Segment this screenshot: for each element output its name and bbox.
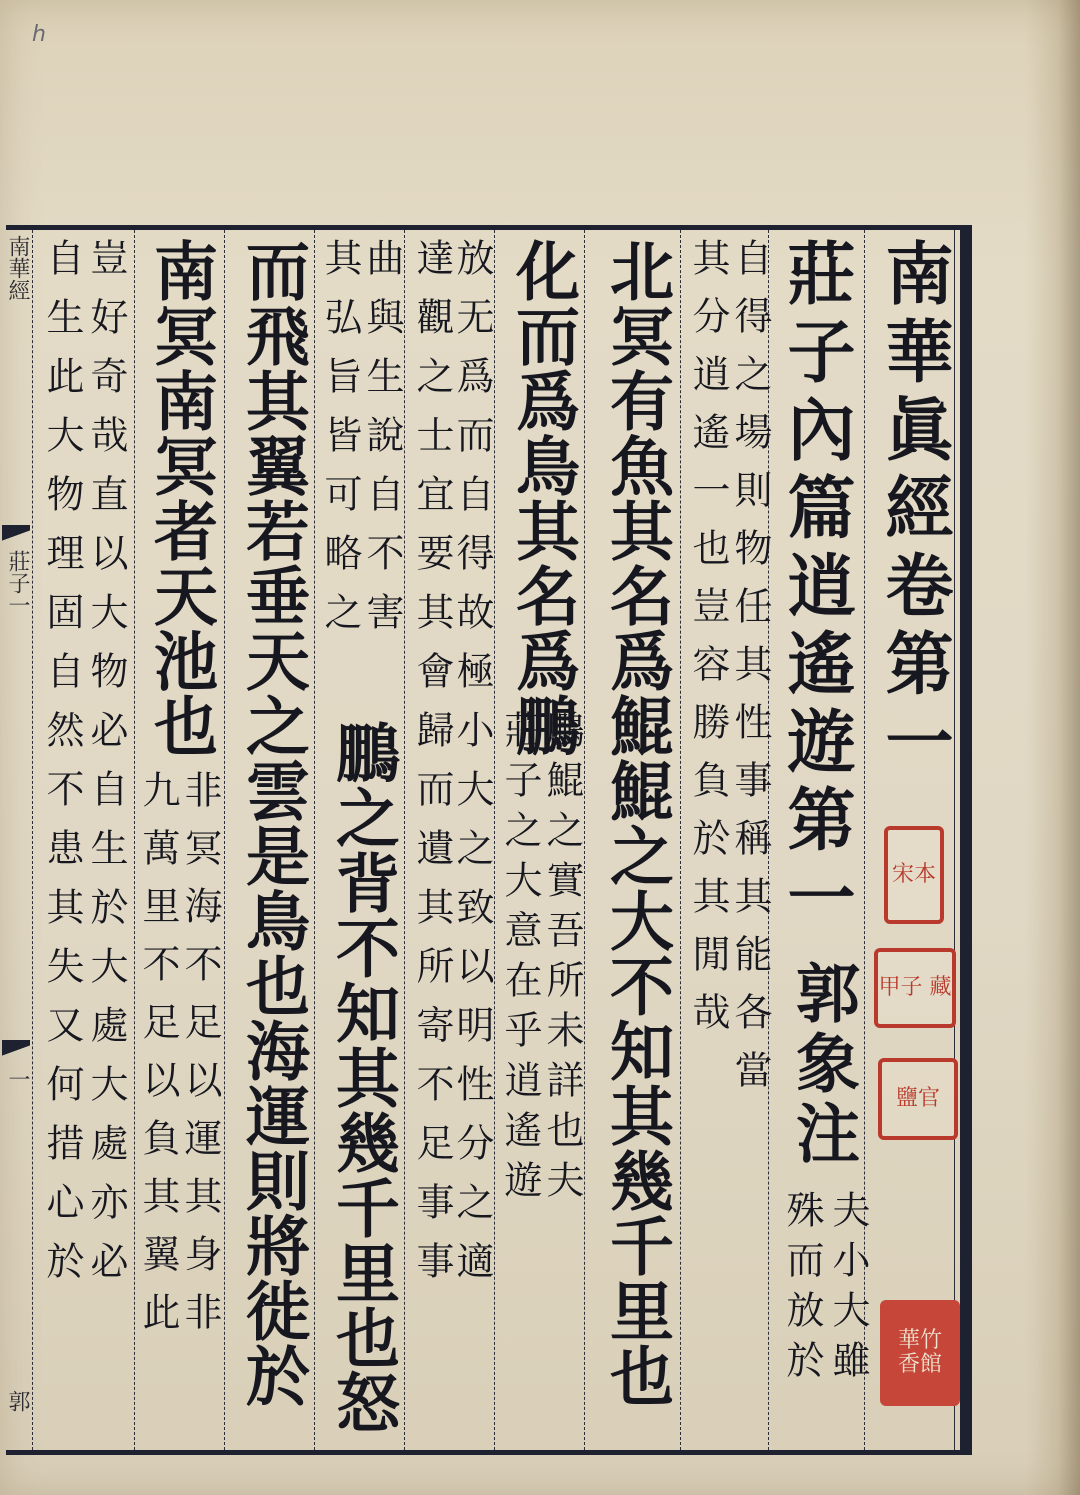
column-rule — [32, 230, 33, 1450]
chapter-title: 莊子內篇逍遙遊第一 — [776, 238, 856, 798]
seal-text: 華竹 香館 — [884, 1329, 956, 1377]
commentary-note: 鵬鯤之實吾所未詳也夫 — [540, 710, 584, 1440]
commentary-line: 自得之場則物任其性事稱其能各當 — [728, 238, 772, 1440]
commentary-note: 殊而放於 — [780, 1190, 824, 1440]
column-rule — [680, 230, 681, 1450]
collector-seal: 華竹 香館 — [880, 1300, 960, 1406]
commentary-note: 非冥海不足以運其身非 — [178, 770, 222, 1440]
collector-seal: 宋本 — [884, 826, 944, 924]
column-rule — [224, 230, 225, 1450]
column-rule — [404, 230, 405, 1450]
collector-seal: 甲子 藏 — [874, 948, 956, 1028]
collector-seal: 鹽官 — [878, 1058, 958, 1140]
commentary-line: 自生此大物理固自然不患其失又何措心於 — [40, 238, 84, 1440]
main-text-line: 而飛其翼若垂天之雲是鳥也海運則將徙於 — [232, 238, 312, 1440]
commentary-line: 放无爲而自得故極小大之致以明性分之適 — [450, 238, 494, 1440]
commentary-note: 九萬里不足以負其翼此 — [136, 770, 180, 1440]
column-rule — [314, 230, 315, 1450]
column-rule — [134, 230, 135, 1450]
column-rule — [954, 230, 955, 1450]
seal-text: 鹽官 — [896, 1087, 940, 1111]
commentary-note: 莊子之大意在乎逍遙遊 — [498, 710, 542, 1440]
commentary-line: 達觀之士宜要其會歸而遺其所寄不足事事 — [410, 238, 454, 1440]
commentary-line: 豈好奇哉直以大物必自生於大處大處亦必 — [84, 238, 128, 1440]
seal-text: 宋本 — [892, 863, 936, 887]
column-rule — [584, 230, 585, 1450]
printed-frame: 南華眞經卷第一 莊子內篇逍遙遊第一 郭象注 夫小大雖 殊而放於 自得之場則物任其… — [6, 225, 972, 1455]
commentary-note: 夫小大雖 — [826, 1190, 870, 1440]
main-text-line: 鵬之背不知其幾千里也怒 — [322, 720, 402, 1440]
main-text-line: 北冥有魚其名爲鯤鯤之大不知其幾千里也 — [596, 238, 676, 1440]
pencil-shelf-mark: h — [32, 22, 46, 47]
commentary-line: 其分逍遙一也豈容勝負於其閒哉 — [686, 238, 730, 1440]
book-page: h 南華經 莊子一 一 郭 南華眞經卷第一 莊子內篇逍遙遊第一 郭象注 夫小大雖… — [0, 0, 1080, 1495]
seal-text: 甲子 藏 — [879, 976, 952, 1000]
column-rule — [494, 230, 495, 1450]
